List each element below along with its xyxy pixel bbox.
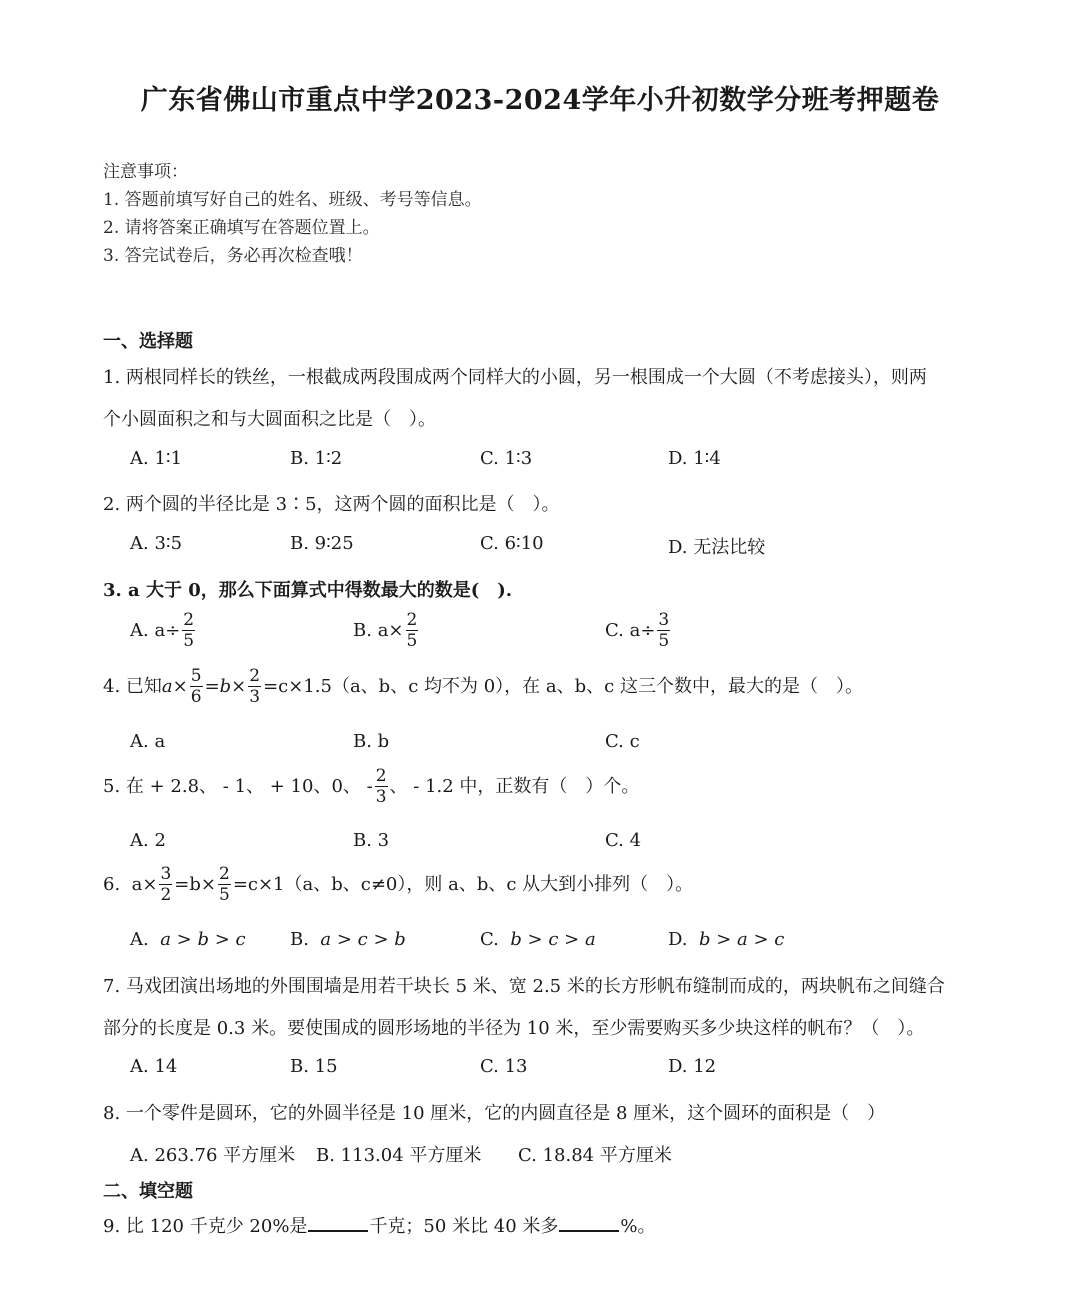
option-b[interactable]: B. 9∶25	[290, 533, 354, 554]
question-text: 5. 在 + 2.8、 - 1、 + 10、0、 -23、 - 1.2 中，正数…	[103, 768, 639, 806]
option-label: A.	[130, 620, 149, 641]
option-label: C.	[605, 620, 624, 641]
option-label: B.	[353, 620, 372, 641]
question-text: 部分的长度是 0.3 米。要使围成的圆形场地的半径为 10 米，至少需要购买多少…	[103, 1014, 924, 1040]
option-c[interactable]: C. 13	[480, 1056, 527, 1077]
answer-blank-1[interactable]	[308, 1212, 368, 1232]
section-heading-fill: 二、填空题	[103, 1177, 193, 1203]
question-text: 9. 比 120 千克少 20%是千克；50 米比 40 米多%。	[103, 1212, 656, 1238]
option-d[interactable]: D. 12	[668, 1056, 716, 1077]
fraction: 35	[657, 612, 670, 650]
option-a[interactable]: A. 3∶5	[130, 533, 182, 554]
option-c[interactable]: C. b > c > a	[480, 929, 596, 950]
option-d[interactable]: D. 无法比较	[668, 533, 765, 559]
fraction: 25	[406, 612, 419, 650]
page-title: 广东省佛山市重点中学2023-2024学年小升初数学分班考押题卷	[0, 78, 1080, 117]
note-item: 2. 请将答案正确填写在答题位置上。	[103, 213, 380, 238]
option-c[interactable]: C. 18.84 平方厘米	[518, 1141, 672, 1167]
note-item: 1. 答题前填写好自己的姓名、班级、考号等信息。	[103, 185, 482, 210]
option-d[interactable]: D. 1∶4	[668, 448, 721, 469]
option-a[interactable]: A. a	[130, 731, 165, 752]
option-a[interactable]: A. 1∶1	[130, 448, 182, 469]
answer-blank-2[interactable]	[559, 1212, 619, 1232]
option-b[interactable]: B. 3	[353, 830, 389, 851]
option-b[interactable]: B. 113.04 平方厘米	[316, 1141, 481, 1167]
option-b[interactable]: B. 1∶2	[290, 448, 342, 469]
option-a[interactable]: A. 263.76 平方厘米	[130, 1141, 295, 1167]
option-a[interactable]: A. a > b > c	[130, 929, 246, 950]
section-heading-choice: 一、选择题	[103, 327, 193, 353]
question-text: 8. 一个零件是圆环，它的外圆半径是 10 厘米，它的内圆直径是 8 厘米，这个…	[103, 1099, 885, 1125]
option-c[interactable]: C. 1∶3	[480, 448, 532, 469]
question-text: 3. a 大于 0，那么下面算式中得数最大的数是( ).	[103, 576, 512, 602]
question-text: 个小圆面积之和与大圆面积之比是（ ）。	[103, 405, 436, 431]
option-b[interactable]: B. a > c > b	[290, 929, 406, 950]
option-a[interactable]: A. a÷25	[130, 612, 197, 650]
option-a[interactable]: A. 2	[130, 830, 166, 851]
question-text: 1. 两根同样长的铁丝，一根截成两段围成两个同样大的小圆，另一根围成一个大圆（不…	[103, 363, 927, 389]
question-text: 4. 已知a×56=b×23=c×1.5（a、b、c 均不为 0），在 a、b、…	[103, 668, 863, 706]
option-c[interactable]: C. 4	[605, 830, 641, 851]
option-c[interactable]: C. a÷35	[605, 612, 672, 650]
question-text: 6. a×32=b×25=c×1（a、b、c≠0），则 a、b、c 从大到小排列…	[103, 866, 693, 904]
option-b[interactable]: B. 15	[290, 1056, 338, 1077]
option-d[interactable]: D. b > a > c	[668, 929, 784, 950]
option-expr: a×	[378, 620, 404, 641]
option-c[interactable]: C. 6∶10	[480, 533, 544, 554]
option-b[interactable]: B. b	[353, 731, 389, 752]
question-text: 2. 两个圆的半径比是 3∶5，这两个圆的面积比是（ ）。	[103, 490, 560, 516]
option-b[interactable]: B. a×25	[353, 612, 420, 650]
option-c[interactable]: C. c	[605, 731, 640, 752]
notes-heading: 注意事项：	[103, 157, 188, 182]
question-text: 7. 马戏团演出场地的外围围墙是用若干块长 5 米、宽 2.5 米的长方形帆布缝…	[103, 972, 945, 998]
note-item: 3. 答完试卷后，务必再次检查哦！	[103, 241, 363, 266]
option-expr: a÷	[630, 620, 656, 641]
fraction: 25	[182, 612, 195, 650]
option-a[interactable]: A. 14	[130, 1056, 177, 1077]
option-expr: a÷	[154, 620, 180, 641]
